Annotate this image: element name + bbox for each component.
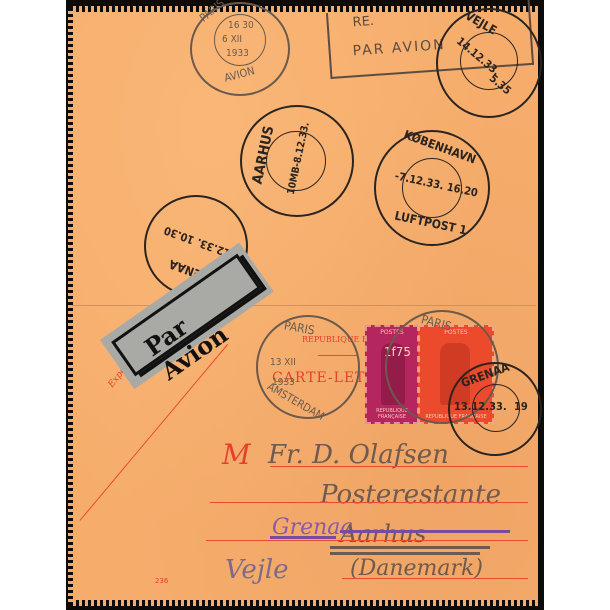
postmark-vejle: VEJLE 14.12.33. 5.35 [436, 8, 542, 118]
perforation-bottom [70, 600, 538, 606]
address-rule-3 [206, 540, 528, 541]
address-rule-4 [342, 578, 528, 579]
perforation-left [68, 8, 73, 604]
double-underline-2 [330, 552, 480, 555]
address-rule-2 [210, 502, 528, 503]
address-city-vejle: Vejle [225, 555, 289, 585]
address-line-2: Posterestante [320, 480, 501, 510]
postmark-date: 13.12.33. [454, 400, 507, 413]
postmark-date: 6 XII [222, 34, 242, 45]
postmark-bottom: AVION [223, 64, 256, 85]
postmark-year: 1933 [226, 48, 249, 59]
postmark-time: 16 30 [228, 20, 254, 31]
cachet-line1: RE. [352, 14, 374, 30]
postmark-time: 19 [514, 400, 528, 413]
strikethrough-aarhus [340, 530, 510, 533]
postmark-kobenhavn: KØBENHAVN -7.12.33. 16.20 LUFTPOST 1 [374, 130, 490, 246]
postmark-grenaa-front: GRENAA 13.12.33. 19 [448, 362, 542, 456]
postmark-aarhus: AARHUS 10MB-8.12.33. [240, 105, 354, 217]
cachet-line2: PAR AVION [352, 37, 446, 59]
postmark-paris-front: PARIS 13 XII 1933 AMSTERDAM [256, 315, 360, 419]
postmark-date: 13 XII [270, 357, 296, 368]
address-struck-aarhus: Aarhus [340, 520, 426, 548]
address-rule-1 [270, 466, 528, 467]
postmark-paris-avion: PARIS 16 30 6 XII 1933 AVION [190, 2, 290, 96]
salutation-m: M [222, 438, 251, 471]
print-number: 236 [155, 577, 168, 585]
postmark-town: PARIS [420, 312, 453, 333]
strikethrough-grenaa [270, 536, 336, 539]
fold-line [72, 305, 536, 306]
double-underline-1 [330, 546, 490, 549]
postmark-town: PARIS [283, 318, 316, 337]
